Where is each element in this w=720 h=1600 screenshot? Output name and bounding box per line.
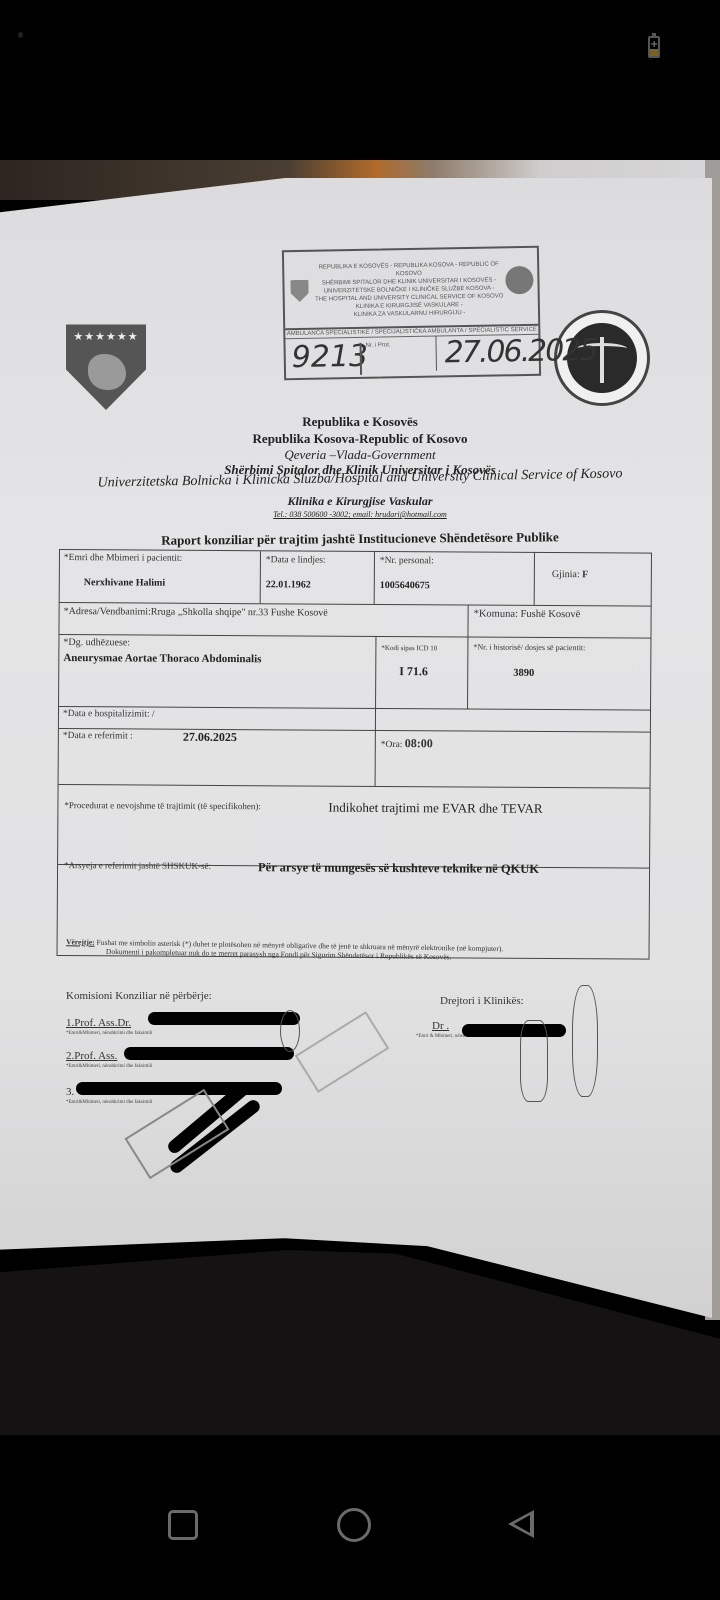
personal-no-label: *Nr. personal: — [380, 556, 434, 566]
header-contact: Tel.: 038 500600 -3002; email: hrudari@h… — [60, 510, 660, 519]
header-line-1: Republika e Kosovës — [60, 414, 660, 430]
time-field: *Ora: 08:00 — [381, 736, 433, 751]
commission-member-2-sub: *Emri&Mbimeri, nënshkrimi dhe faksimili — [66, 1064, 152, 1069]
status-bar — [0, 0, 720, 160]
protocol-stamp: REPUBLIKA E KOSOVËS - REPUBLIKA KOSOVA -… — [282, 246, 541, 380]
recents-icon[interactable] — [168, 1510, 198, 1540]
procedures-value: Indikohet trajtimi me EVAR dhe TEVAR — [328, 800, 542, 817]
time-value: 08:00 — [405, 736, 433, 750]
redaction-bar — [148, 1012, 300, 1025]
address-label: *Adresa/Vendbanimi: — [64, 606, 151, 618]
director-label: Drejtori i Klinikës: — [440, 995, 524, 1007]
gender-label: Gjinia: — [552, 569, 580, 580]
battery-charging-icon — [648, 36, 660, 58]
referral-form: *Emri dhe Mbimeri i pacientit: Nerxhivan… — [57, 549, 652, 960]
hospitalization-label: *Data e hospitalizimit: — [63, 709, 150, 720]
header-line-2: Republika Kosova-Republic of Kosovo — [60, 431, 660, 447]
camera-dot — [18, 32, 23, 38]
procedures-label: *Procedurat e nevojshme të trajtimit (të… — [64, 800, 260, 811]
time-label: *Ora: — [381, 740, 403, 750]
redaction-bar — [462, 1024, 566, 1037]
address-field: *Adresa/Vendbanimi:Rruga „Shkolla shqipe… — [64, 606, 328, 619]
history-label: *Nr. i historisë/ dosjes së pacientit: — [473, 643, 585, 653]
history-value: 3890 — [513, 668, 534, 679]
diagnosis-label: *Dg. udhëzuese: — [63, 637, 130, 648]
hospitalization-field: *Data e hospitalizimit: / — [63, 709, 155, 720]
icd-label: *Kodi sipas ICD 10 — [381, 644, 437, 652]
reason-label: *Arsyeja e referimit jashtë SHSKUK-së: — [64, 860, 211, 871]
personal-no-value: 1005640675 — [380, 580, 430, 591]
commission-member-1-sub: *Emri&Mbimeri, nënshkrimi dhe faksimili — [66, 1031, 152, 1036]
commission-member-3: 3. — [66, 1086, 74, 1098]
stamp-date: 27.06.2025 — [435, 333, 596, 371]
patient-name-label: *Emri dhe Mbimeri i pacientit: — [64, 553, 182, 564]
dob-label: *Data e lindjes: — [266, 555, 326, 565]
commission-label: Komisioni Konziliar në përbërje: — [66, 990, 212, 1002]
gender-value: F — [582, 569, 588, 580]
municipality-field: *Komuna: Fushë Kosovë — [474, 609, 581, 621]
signature-scribble — [572, 985, 598, 1097]
stamp-protocol-number: 9213 — [291, 339, 368, 375]
municipality-value: Fushë Kosovë — [521, 609, 581, 620]
signature-scribble — [280, 1010, 300, 1052]
gender-field: Gjinia: F — [552, 569, 588, 580]
referral-date-value: 27.06.2025 — [183, 730, 237, 745]
header-line-6: Klinika e Kirurgjise Vaskular — [60, 494, 660, 509]
header-line-3: Qeveria –Vlada-Government — [60, 447, 660, 463]
municipality-label: *Komuna: — [474, 609, 518, 620]
note-label: Vërejtje: — [66, 937, 95, 946]
commission-member-2: 2.Prof. Ass. — [66, 1050, 117, 1062]
diagnosis-value: Aneurysmae Aortae Thoraco Abdominalis — [63, 652, 261, 665]
referral-date-label: *Data e referimit : — [63, 731, 133, 741]
patient-name: Nerxhivane Halimi — [84, 577, 165, 588]
dob-value: 22.01.1962 — [266, 579, 311, 590]
reason-value: Për arsye të mungesës së kushteve teknik… — [258, 860, 539, 877]
signature-scribble — [520, 1020, 548, 1102]
stamp-nr-label: Nr. i Prot. — [360, 342, 392, 375]
home-icon[interactable] — [337, 1508, 371, 1542]
address-value: Rruga „Shkolla shqipe" nr.33 Fushe Kosov… — [151, 607, 328, 619]
hospitalization-value: / — [152, 710, 155, 720]
redaction-bar — [124, 1047, 294, 1060]
redaction-bar — [76, 1082, 282, 1095]
back-icon[interactable] — [508, 1510, 534, 1538]
commission-member-1: 1.Prof. Ass.Dr. — [66, 1017, 131, 1029]
icd-value: I 71.6 — [399, 664, 428, 679]
commission-member-3-sub: *Emri&Mbimeri, nënshkrimi dhe faksimili — [66, 1100, 152, 1105]
director-name-prefix: Dr . — [432, 1020, 449, 1032]
